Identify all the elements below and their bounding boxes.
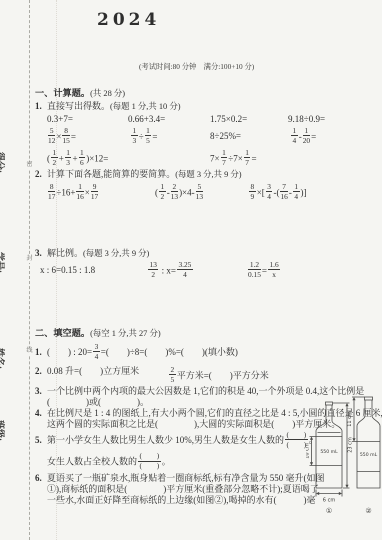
- s1-q3-number: 3.: [35, 248, 47, 259]
- math-expression: (12+13+16)×12=: [47, 149, 108, 166]
- math-expression: 1.20.15=1.6x: [247, 261, 281, 278]
- seal-line: [29, 0, 30, 540]
- math-expression: 132 : x=3.254: [147, 261, 194, 278]
- s1-q2-note: (每题 3 分,共 9 分): [175, 170, 241, 179]
- section1-title-note: (共 28 分): [90, 89, 125, 98]
- seal-char-mi: 密: [25, 162, 34, 169]
- s1-q2-text: 计算下面各题,能简算的要简算。: [47, 169, 175, 179]
- s1-q3-note: (每题 3 分,共 9 分): [83, 249, 149, 258]
- math-expression: (12-213)×4-513: [155, 183, 204, 200]
- math-expression: 14-120=: [290, 127, 316, 144]
- bottle2-top-gap: 11 cm: [347, 411, 353, 427]
- score-field: 得分:: [0, 152, 7, 217]
- section2-title: 二、填空题。(每空 1 分,共 27 分): [35, 328, 382, 339]
- section2-title-text: 二、填空题。: [35, 328, 90, 338]
- fill-blank-line: 25平方米=( )平方分米: [168, 366, 269, 383]
- bottle1-label-height: 10 cm: [306, 443, 311, 459]
- seal-char-xian: 线: [25, 348, 34, 355]
- math-expression: 13÷15=: [130, 127, 157, 144]
- name-field-line: [0, 369, 3, 399]
- bottle1-total-height: 23 cm: [348, 437, 354, 453]
- question-text: 第一小学女生人数比男生人数少 10%,男生人数是女生人数的( )( )。: [47, 435, 318, 445]
- s2-q3-number: 3.: [35, 386, 47, 397]
- math-expression: 1.75×0.2=: [210, 114, 247, 125]
- section1-title: 一、计算题。(共 28 分): [35, 88, 382, 99]
- s1-q3-text: 解比例。: [47, 248, 83, 258]
- page-title: 2024: [97, 10, 160, 30]
- bottle2-tag: ②: [365, 507, 371, 515]
- math-expression: 8÷25%=: [210, 131, 241, 142]
- bottle1-diameter: 6 cm: [323, 498, 336, 504]
- score-field-line: [0, 173, 3, 217]
- s1-q1-note: (每题 1 分,共 10 分): [110, 102, 180, 111]
- class-field-line: [0, 441, 3, 491]
- s2-q2: 2.0.08 升=( )立方厘米 25平方米=( )平方分米: [35, 366, 382, 377]
- fill-blank-line: 0.08 升=( )立方厘米: [47, 366, 139, 376]
- class-field-label: 班级:: [0, 420, 5, 441]
- math-expression: 89×[34-(716-14)]: [248, 183, 307, 200]
- bottle2-volume-label: 550 mL: [360, 452, 378, 458]
- name-field-label: 姓名:: [0, 348, 5, 369]
- student-no-field: 学号:: [0, 252, 7, 317]
- exam-paper-page: 密 封 线 得分: 学号: 姓名: 班级: 2024 (考试时间:80 分钟 满…: [0, 0, 382, 540]
- bottle1-tag: ①: [326, 507, 332, 515]
- s2-q2-number: 2.: [35, 366, 47, 377]
- s2-q6-number: 6.: [35, 473, 47, 484]
- s2-q4-number: 4.: [35, 408, 47, 419]
- math-expression: 7×17÷7×17=: [210, 149, 257, 166]
- math-expression: 817÷16+116×917: [47, 183, 99, 200]
- s2-q1-number: 1.: [35, 347, 47, 358]
- class-field: 班级:: [0, 420, 7, 491]
- section2-title-note: (每空 1 分,共 27 分): [90, 329, 160, 338]
- bottle-figure: 550 mL 10 cm 23 cm 6 cm ① 550 mL 11 cm ②: [306, 394, 382, 523]
- s2-q5-number: 5.: [35, 435, 47, 446]
- math-expression: 0.3+7=: [47, 114, 73, 125]
- question-text: 夏语买了一瓶矿泉水,瓶身贴着一圈商标纸,标有净含量为 550 毫升(如图: [47, 473, 325, 483]
- math-expression: x : 6=0.15 : 1.8: [40, 265, 95, 276]
- s1-q2-head: 2.计算下面各题,能简算的要简算。(每题 3 分,共 9 分): [35, 169, 382, 180]
- seal-char-feng: 封: [25, 256, 34, 263]
- s2-q1: 1.( ) : 20=34=( )÷8=( )%=( )(填小数): [35, 343, 382, 360]
- student-no-field-label: 学号:: [0, 252, 5, 273]
- s1-q2-number: 2.: [35, 169, 47, 180]
- student-no-field-line: [0, 273, 3, 317]
- s1-q1-head: 1.直接写出得数。(每题 1 分,共 10 分): [35, 101, 382, 112]
- bottle1-volume-label: 550 mL: [320, 449, 338, 455]
- math-expression: 512×815=: [47, 127, 76, 144]
- math-expression: 9.18÷0.9=: [288, 114, 325, 125]
- s1-q1-text: 直接写出得数。: [47, 101, 110, 111]
- exam-info: (考试时间:80 分钟 满分:100+10 分): [139, 62, 254, 72]
- name-field: 姓名:: [0, 348, 7, 399]
- score-field-label: 得分:: [0, 152, 5, 173]
- section1-title-text: 一、计算题。: [35, 88, 90, 98]
- bottle-diagram: 550 mL 10 cm 23 cm 6 cm ① 550 mL 11 cm ②: [306, 394, 382, 518]
- s1-q1-number: 1.: [35, 101, 47, 112]
- math-expression: 0.66+3.4=: [128, 114, 165, 125]
- s1-q3-head: 3.解比例。(每题 3 分,共 9 分): [35, 248, 382, 259]
- fill-blank-line: ( ) : 20=34=( )÷8=( )%=( )(填小数): [47, 347, 238, 357]
